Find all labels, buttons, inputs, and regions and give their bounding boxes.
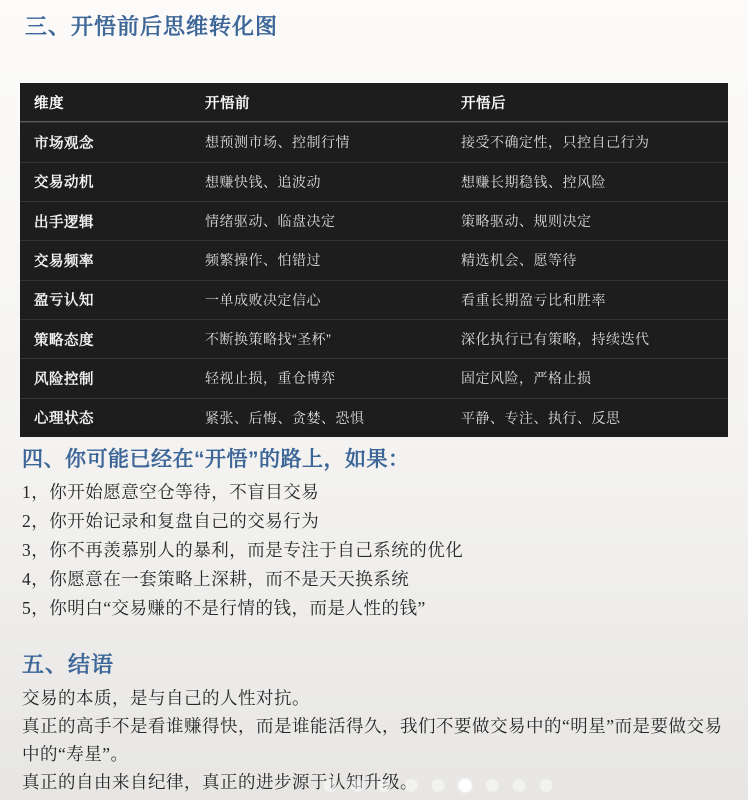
table-row: 策略态度 不断换策略找“圣杯” 深化执行已有策略，持续迭代 xyxy=(20,319,728,358)
list-item: 4，你愿意在一套策略上深耕，而不是天天换系统 xyxy=(22,565,463,594)
table-row: 市场观念 想预测市场、控制行情 接受不确定性，只控自己行为 xyxy=(20,122,728,161)
table-cell-dimension: 交易频率 xyxy=(34,250,205,271)
table-cell-dimension: 市场观念 xyxy=(34,132,205,153)
section3-title: 三、开悟前后思维转化图 xyxy=(25,10,278,41)
carousel-dot[interactable] xyxy=(324,779,337,792)
carousel-dot[interactable] xyxy=(378,779,391,792)
table-row: 风险控制 轻视止损，重仓博弈 固定风险，严格止损 xyxy=(20,358,728,397)
table-row: 出手逻辑 情绪驱动、临盘决定 策略驱动、规则决定 xyxy=(20,201,728,240)
table-cell-before: 一单成败决定信心 xyxy=(205,290,461,310)
table-cell-dimension: 盈亏认知 xyxy=(34,289,205,310)
table-row: 心理状态 紧张、后悔、贪婪、恐惧 平静、专注、执行、反思 xyxy=(20,398,728,437)
table-cell-before: 想赚快钱、追波动 xyxy=(205,172,461,192)
table-cell-after: 深化执行已有策略，持续迭代 xyxy=(461,329,728,349)
table-cell-after: 看重长期盈亏比和胜率 xyxy=(461,290,728,310)
carousel-dot[interactable] xyxy=(432,779,445,792)
list-item: 5，你明白“交易赚的不是行情的钱，而是人性的钱” xyxy=(22,594,463,623)
table-cell-after: 固定风险，严格止损 xyxy=(461,368,728,388)
table-row: 交易频率 频繁操作、怕错过 精选机会、愿等待 xyxy=(20,240,728,279)
table-cell-before: 不断换策略找“圣杯” xyxy=(205,329,461,349)
table-cell-after: 精选机会、愿等待 xyxy=(461,250,728,270)
carousel-dot[interactable] xyxy=(405,779,418,792)
carousel-dot[interactable] xyxy=(459,779,472,792)
table-cell-dimension: 心理状态 xyxy=(34,407,205,428)
list-item: 3，你不再羡慕别人的暴利，而是专注于自己系统的优化 xyxy=(22,536,463,565)
document-page: 三、开悟前后思维转化图 维度 开悟前 开悟后 市场观念 想预测市场、控制行情 接… xyxy=(0,0,748,800)
carousel-dot[interactable] xyxy=(513,779,526,792)
table-header-row: 维度 开悟前 开悟后 xyxy=(20,83,728,122)
section4-title: 四、你可能已经在“开悟”的路上，如果： xyxy=(22,443,410,473)
carousel-dot[interactable] xyxy=(486,779,499,792)
table-cell-before: 情绪驱动、临盘决定 xyxy=(205,211,461,231)
table-cell-dimension: 交易动机 xyxy=(34,171,205,192)
carousel-dots xyxy=(324,779,553,792)
table-header-dimension: 维度 xyxy=(34,92,205,113)
list-item: 1，你开始愿意空仓等待，不盲目交易 xyxy=(22,478,463,507)
carousel-dot[interactable] xyxy=(540,779,553,792)
table-row: 交易动机 想赚快钱、追波动 想赚长期稳钱、控风险 xyxy=(20,162,728,201)
mindset-table: 维度 开悟前 开悟后 市场观念 想预测市场、控制行情 接受不确定性，只控自己行为… xyxy=(20,83,728,437)
table-cell-before: 想预测市场、控制行情 xyxy=(205,132,461,152)
table-cell-after: 策略驱动、规则决定 xyxy=(461,211,728,231)
table-header-after: 开悟后 xyxy=(461,92,728,113)
table-header-before: 开悟前 xyxy=(205,92,461,113)
list-item: 2，你开始记录和复盘自己的交易行为 xyxy=(22,507,463,536)
table-cell-before: 频繁操作、怕错过 xyxy=(205,250,461,270)
table-cell-dimension: 出手逻辑 xyxy=(34,211,205,232)
table-cell-after: 想赚长期稳钱、控风险 xyxy=(461,172,728,192)
table-cell-dimension: 策略态度 xyxy=(34,329,205,350)
closing-paragraph: 交易的本质，是与自己的人性对抗。 xyxy=(22,684,730,712)
table-row: 盈亏认知 一单成败决定信心 看重长期盈亏比和胜率 xyxy=(20,280,728,319)
section5-title: 五、结语 xyxy=(22,648,114,679)
table-cell-after: 接受不确定性，只控自己行为 xyxy=(461,132,728,152)
section4-list: 1，你开始愿意空仓等待，不盲目交易 2，你开始记录和复盘自己的交易行为 3，你不… xyxy=(22,478,463,623)
table-cell-before: 紧张、后悔、贪婪、恐惧 xyxy=(205,408,461,428)
table-cell-dimension: 风险控制 xyxy=(34,368,205,389)
carousel-dot[interactable] xyxy=(351,779,364,792)
table-cell-after: 平静、专注、执行、反思 xyxy=(461,408,728,428)
closing-paragraph: 真正的高手不是看谁赚得快，而是谁能活得久，我们不要做交易中的“明星”而是要做交易… xyxy=(22,712,730,768)
table-cell-before: 轻视止损，重仓博弈 xyxy=(205,368,461,388)
